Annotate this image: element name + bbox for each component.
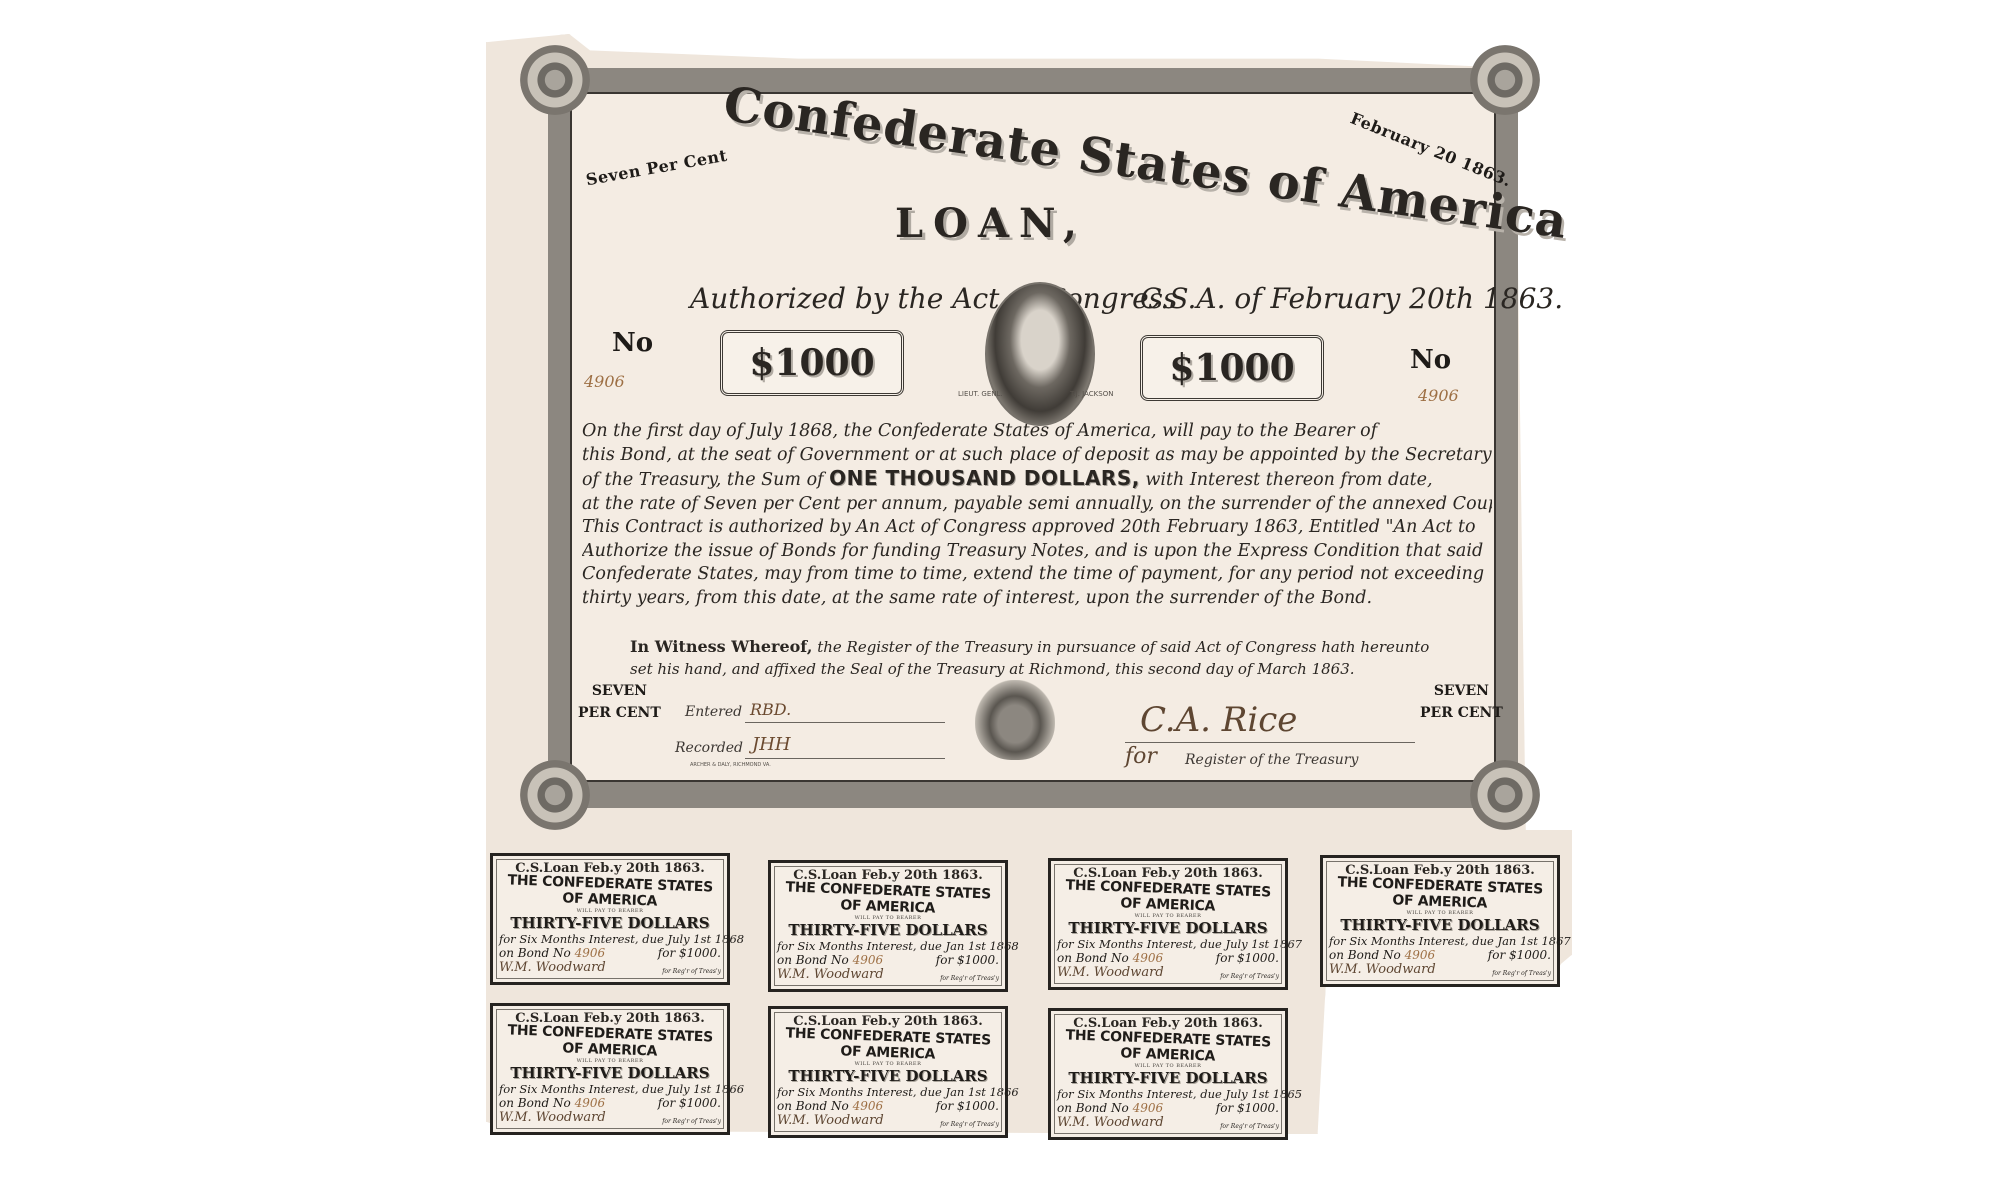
coupon-interest-due: for Six Months Interest, due Jan 1st 186… [1329, 934, 1551, 948]
serial-number-right: 4906 [1418, 386, 1459, 405]
corner-ornament [1470, 760, 1540, 830]
coupon-face-value: for $1000. [1216, 951, 1279, 965]
coupon-register-label: for Reg'r of Treas'y [662, 968, 721, 975]
entered-label: Entered [685, 704, 742, 720]
interest-coupon: C.S.Loan Feb.y 20th 1863. THE CONFEDERAT… [1048, 858, 1288, 990]
seven-per-cent-right: SEVEN PER CENT [1420, 680, 1503, 724]
coupon-face-value: for $1000. [1216, 1101, 1279, 1115]
coupon-payer: THE CONFEDERATE STATES OF AMERICA [1329, 874, 1552, 914]
amount-box-left: $1000 [720, 330, 904, 396]
portrait-caption-right: T.J. JACKSON [1070, 390, 1113, 398]
recorded-rule [745, 758, 945, 759]
coupon-payer: THE CONFEDERATE STATES OF AMERICA [1057, 877, 1280, 917]
coupon-face-value: for $1000. [936, 1099, 999, 1113]
coupon-bond-number: 4906 [1133, 1101, 1164, 1115]
register-initials: for [1125, 744, 1157, 769]
coupon-register-label: for Reg'r of Treas'y [662, 1118, 721, 1125]
coupon-register-label: for Reg'r of Treas'y [940, 1121, 999, 1128]
coupon-face-value: for $1000. [658, 946, 721, 960]
coupon-register-label: for Reg'r of Treas'y [1220, 1123, 1279, 1130]
number-label-left: No [612, 328, 653, 358]
steamboat-vignette [975, 680, 1055, 760]
coupon-register-label: for Reg'r of Treas'y [1220, 973, 1279, 980]
coupon-payer: THE CONFEDERATE STATES OF AMERICA [499, 1022, 722, 1062]
serial-number-left: 4906 [584, 372, 625, 391]
coupon-bond-line: on Bond No 4906 for $1000. [499, 1096, 721, 1110]
entered-rule [745, 722, 945, 723]
coupon-bond-number: 4906 [1405, 948, 1436, 962]
register-signature: C.A. Rice [1140, 700, 1297, 740]
coupon-bond-line: on Bond No 4906 for $1000. [777, 1099, 999, 1113]
coupon-bond-number: 4906 [853, 953, 884, 967]
signature-rule [1125, 742, 1415, 743]
coupon-amount: THIRTY-FIVE DOLLARS [1329, 916, 1551, 934]
coupon-bond-number: 4906 [1133, 951, 1164, 965]
coupon-amount: THIRTY-FIVE DOLLARS [777, 1067, 999, 1085]
coupon-signature: W.M. Woodward [1057, 1115, 1164, 1130]
interest-coupon: C.S.Loan Feb.y 20th 1863. THE CONFEDERAT… [1048, 1008, 1288, 1140]
corner-ornament [520, 760, 590, 830]
coupon-payer: THE CONFEDERATE STATES OF AMERICA [1057, 1027, 1280, 1067]
coupon-bond-number: 4906 [853, 1099, 884, 1113]
interest-coupon: C.S.Loan Feb.y 20th 1863. THE CONFEDERAT… [1320, 855, 1560, 987]
corner-ornament [520, 45, 590, 115]
coupon-amount: THIRTY-FIVE DOLLARS [499, 1064, 721, 1082]
body-line: this Bond, at the seat of Government or … [582, 444, 1492, 468]
coupon-amount: THIRTY-FIVE DOLLARS [1057, 919, 1279, 937]
register-label: Register of the Treasury [1185, 752, 1358, 768]
coupon-amount: THIRTY-FIVE DOLLARS [1057, 1069, 1279, 1087]
coupon-face-value: for $1000. [1488, 948, 1551, 962]
coupon-signature: W.M. Woodward [1329, 962, 1436, 977]
coupon-payer: THE CONFEDERATE STATES OF AMERICA [777, 879, 1000, 919]
act-reference: C.S.A. of February 20th 1863. [1140, 282, 1563, 315]
coupon-signature: W.M. Woodward [1057, 965, 1164, 980]
coupon-bond-number: 4906 [575, 946, 606, 960]
recorded-initials: JHH [752, 734, 791, 755]
interest-coupon: C.S.Loan Feb.y 20th 1863. THE CONFEDERAT… [490, 1003, 730, 1135]
sum-in-words: ONE THOUSAND DOLLARS, [829, 467, 1140, 490]
coupon-bond-number: 4906 [575, 1096, 606, 1110]
coupon-bond-line: on Bond No 4906 for $1000. [777, 953, 999, 967]
witness-lead: In Witness Whereof, [630, 637, 812, 656]
seven-per-cent-left: SEVEN PER CENT [578, 680, 661, 724]
coupon-register-label: for Reg'r of Treas'y [940, 975, 999, 982]
coupon-bond-line: on Bond No 4906 for $1000. [1057, 951, 1279, 965]
bond-body-text: On the first day of July 1868, the Confe… [582, 420, 1492, 610]
entered-initials: RBD. [750, 700, 791, 719]
coupon-signature: W.M. Woodward [499, 1110, 606, 1125]
coupon-payer: THE CONFEDERATE STATES OF AMERICA [499, 872, 722, 912]
coupon-signature: W.M. Woodward [777, 967, 884, 982]
body-line: This Contract is authorized by An Act of… [582, 516, 1492, 540]
coupon-face-value: for $1000. [658, 1096, 721, 1110]
interest-coupon: C.S.Loan Feb.y 20th 1863. THE CONFEDERAT… [768, 1006, 1008, 1138]
coupon-bond-line: on Bond No 4906 for $1000. [1057, 1101, 1279, 1115]
coupon-interest-due: for Six Months Interest, due July 1st 18… [499, 932, 721, 946]
body-line: at the rate of Seven per Cent per annum,… [582, 493, 1492, 517]
coupon-interest-due: for Six Months Interest, due Jan 1st 186… [777, 1085, 999, 1099]
corner-ornament [1470, 45, 1540, 115]
coupon-payer: THE CONFEDERATE STATES OF AMERICA [777, 1025, 1000, 1065]
portrait-caption-left: LIEUT. GENL. [958, 390, 1003, 398]
body-line: Authorize the issue of Bonds for funding… [582, 540, 1492, 564]
coupon-interest-due: for Six Months Interest, due July 1st 18… [1057, 1087, 1279, 1101]
witness-clause: In Witness Whereof, the Register of the … [630, 636, 1429, 680]
body-line-sum: of the Treasury, the Sum of ONE THOUSAND… [582, 467, 1492, 493]
body-line: On the first day of July 1868, the Confe… [582, 420, 1492, 444]
coupon-register-label: for Reg'r of Treas'y [1492, 970, 1551, 977]
coupon-interest-due: for Six Months Interest, due Jan 1st 186… [777, 939, 999, 953]
coupon-interest-due: for Six Months Interest, due July 1st 18… [1057, 937, 1279, 951]
recorded-label: Recorded [675, 740, 743, 756]
number-label-right: No [1410, 345, 1451, 375]
coupon-bond-line: on Bond No 4906 for $1000. [1329, 948, 1551, 962]
coupon-amount: THIRTY-FIVE DOLLARS [777, 921, 999, 939]
coupon-bond-line: on Bond No 4906 for $1000. [499, 946, 721, 960]
coupon-interest-due: for Six Months Interest, due July 1st 18… [499, 1082, 721, 1096]
bond-subtitle: LOAN, [895, 200, 1087, 247]
coupon-amount: THIRTY-FIVE DOLLARS [499, 914, 721, 932]
engraver-imprint: ARCHER & DALY, RICHMOND VA. [690, 762, 771, 768]
coupon-signature: W.M. Woodward [499, 960, 606, 975]
body-line: Confederate States, may from time to tim… [582, 563, 1492, 587]
coupon-face-value: for $1000. [936, 953, 999, 967]
amount-box-right: $1000 [1140, 335, 1324, 401]
interest-coupon: C.S.Loan Feb.y 20th 1863. THE CONFEDERAT… [768, 860, 1008, 992]
portrait-vignette [985, 282, 1095, 426]
coupon-signature: W.M. Woodward [777, 1113, 884, 1128]
authorized-text: Authorized by the Act of Congress [690, 282, 1177, 315]
interest-coupon: C.S.Loan Feb.y 20th 1863. THE CONFEDERAT… [490, 853, 730, 985]
body-line: thirty years, from this date, at the sam… [582, 587, 1492, 611]
